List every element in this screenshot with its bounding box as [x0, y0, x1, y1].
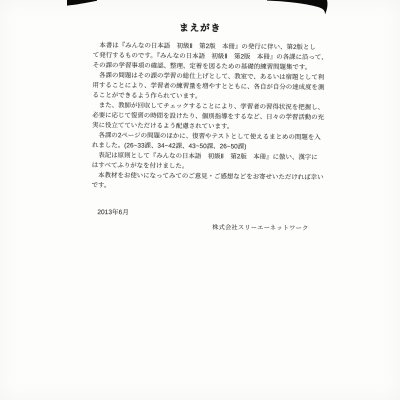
preface-body: 本書は『みんなの日本語 初級Ⅱ 第2版 本冊』の発行に伴い、第2版とし て発行す…	[92, 41, 325, 193]
page-content: まえがき 本書は『みんなの日本語 初級Ⅱ 第2版 本冊』の発行に伴い、第2版とし…	[0, 0, 400, 400]
publisher-name: 株式会社スリーエーネットワーク	[212, 222, 308, 232]
scanned-book-page: まえがき 本書は『みんなの日本語 初級Ⅱ 第2版 本冊』の発行に伴い、第2版とし…	[0, 0, 400, 400]
page-title: まえがき	[0, 18, 400, 36]
publication-date: 2013年6月	[97, 206, 129, 216]
